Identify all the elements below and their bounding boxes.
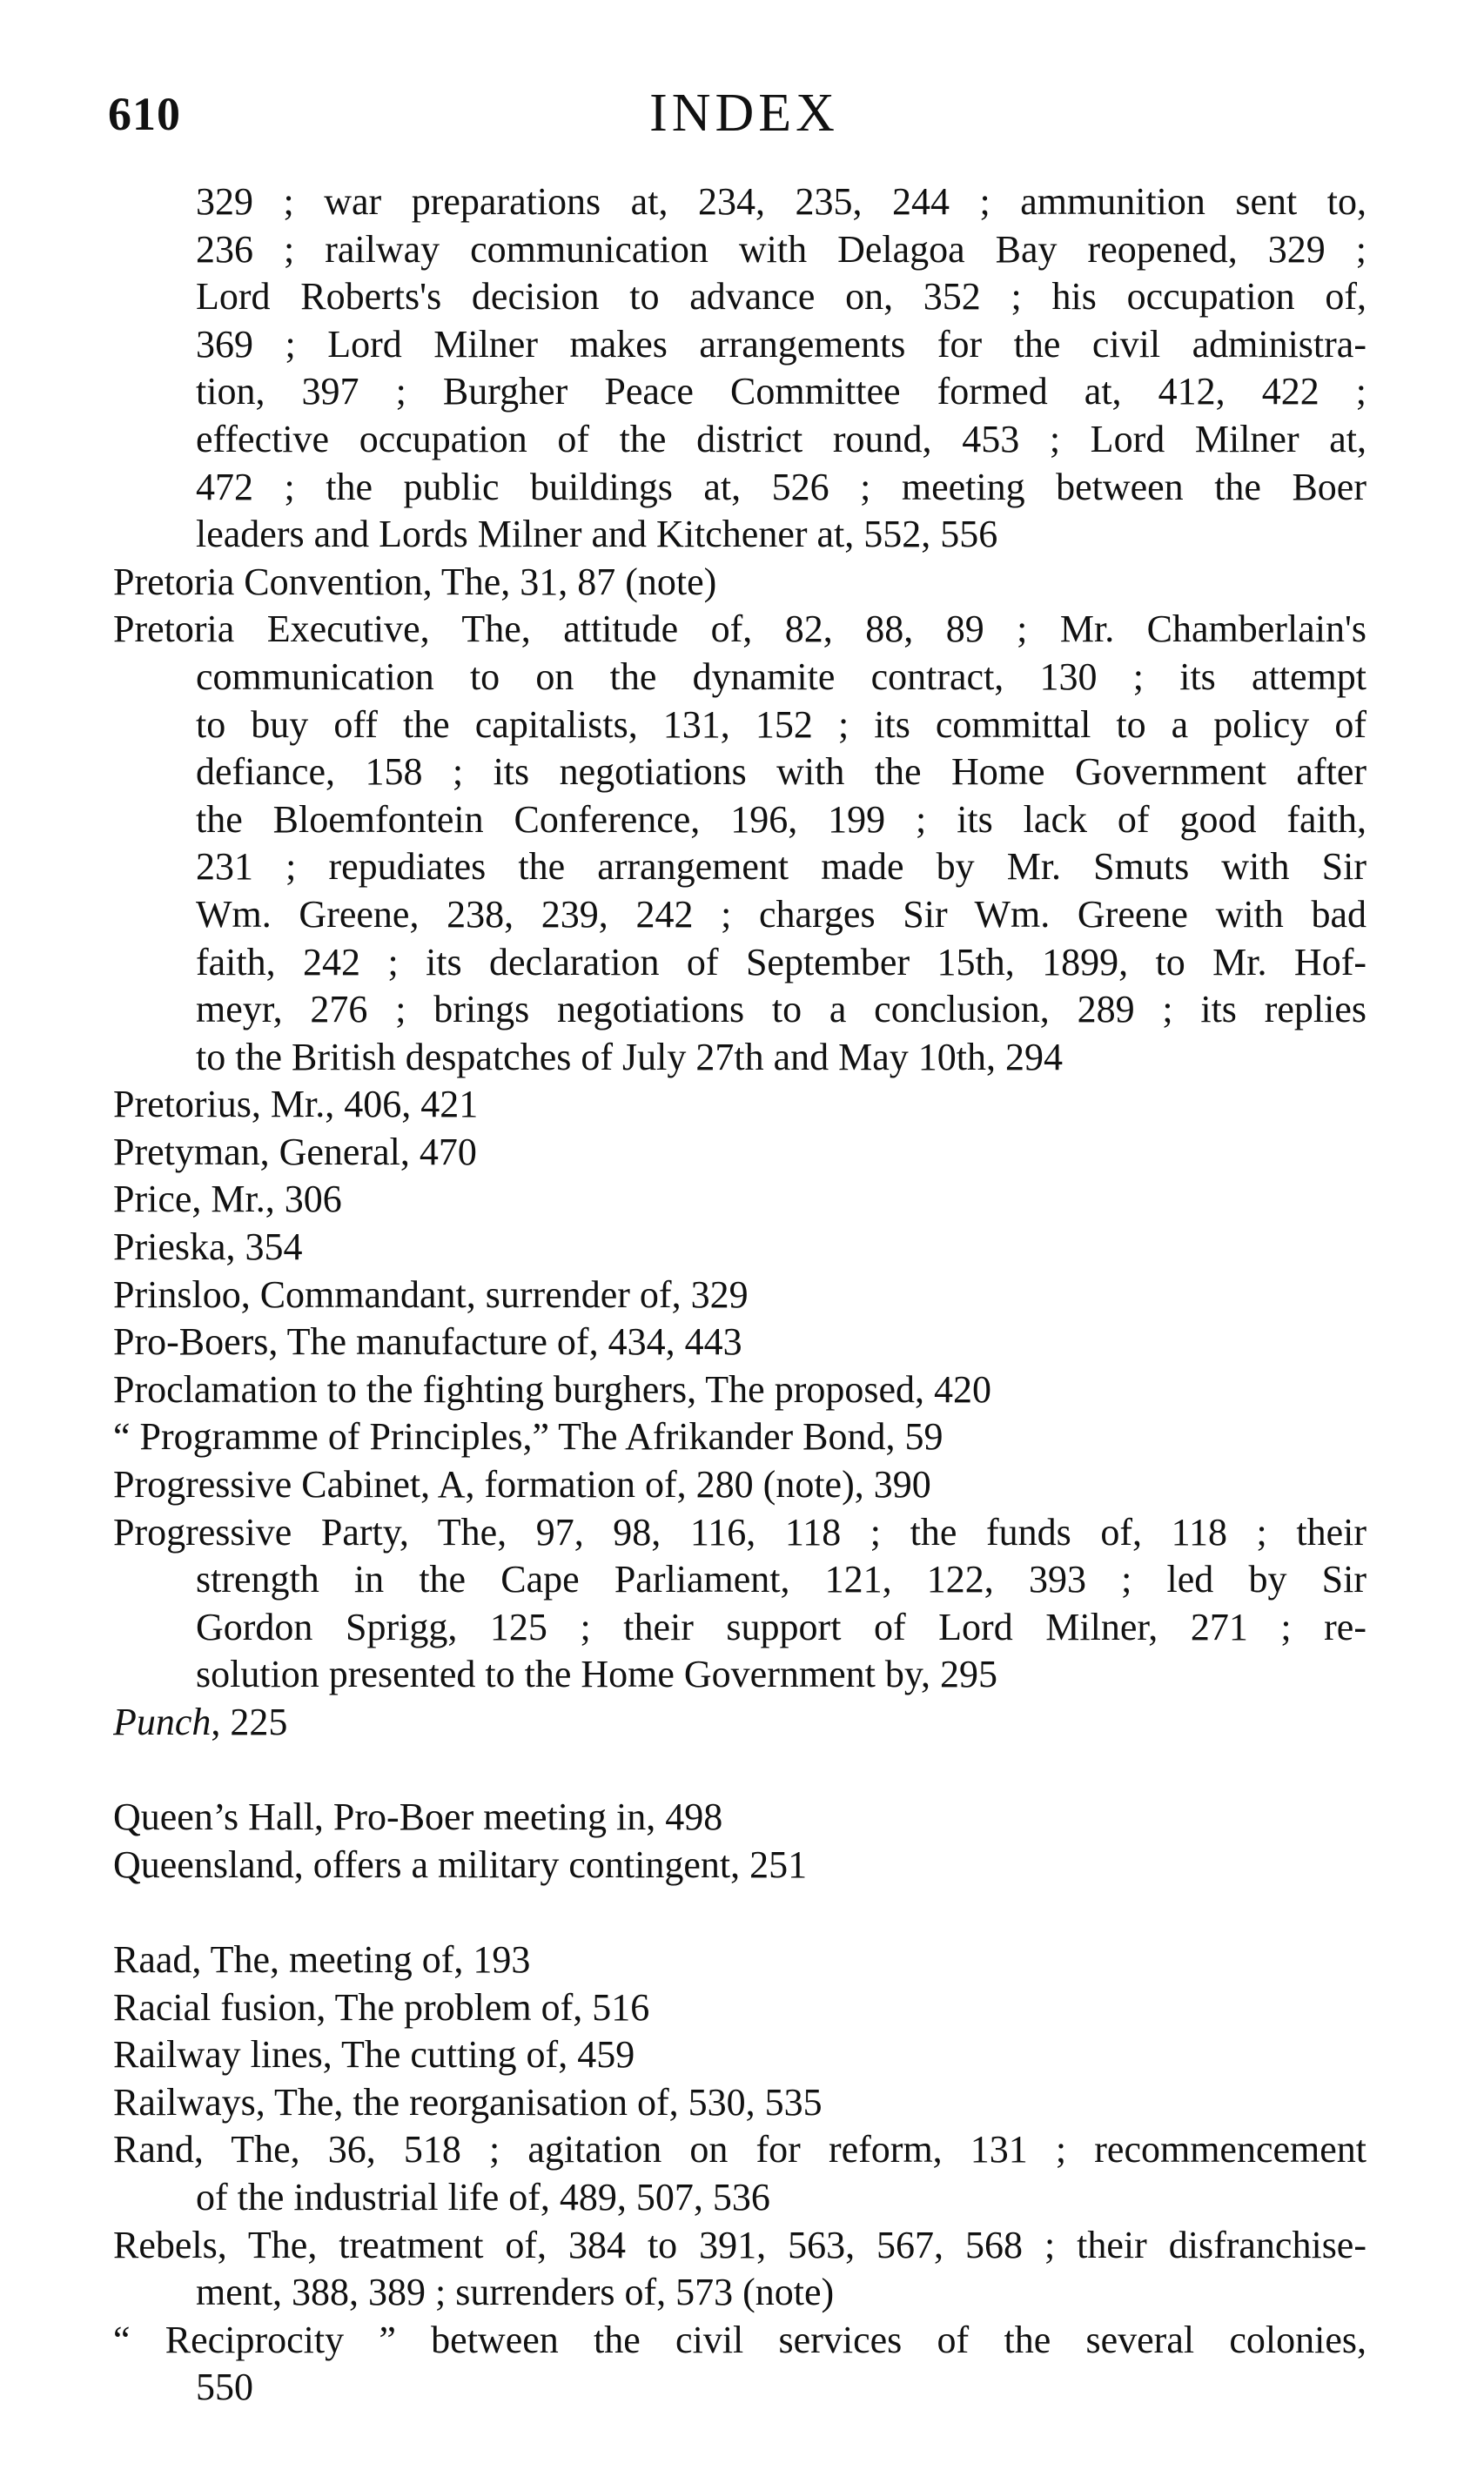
- entry-line: Progressive Party, The, 97, 98, 116, 118…: [113, 1509, 1366, 1557]
- index-entry-price: Price, Mr., 306: [113, 1176, 1366, 1224]
- index-entry-queensland: Queensland, offers a military contingent…: [113, 1842, 1366, 1889]
- entry-line: defiance, 158 ; its negotiations with th…: [113, 748, 1366, 796]
- letter-section-gap: [113, 1889, 1366, 1936]
- entry-line: faith, 242 ; its declaration of Septembe…: [113, 939, 1366, 987]
- index-entry-rand: Rand, The, 36, 518 ; agitation on for re…: [113, 2126, 1366, 2221]
- index-entry-progressive-party: Progressive Party, The, 97, 98, 116, 118…: [113, 1509, 1366, 1699]
- index-entry-progressive-cabinet: Progressive Cabinet, A, formation of, 28…: [113, 1461, 1366, 1509]
- index-entry-proclamation: Proclamation to the fighting burghers, T…: [113, 1366, 1366, 1414]
- entry-line: 369 ; Lord Milner makes arrangements for…: [113, 321, 1366, 369]
- entry-line: meyr, 276 ; brings negotiations to a con…: [113, 986, 1366, 1034]
- entry-line: Pretoria Convention, The, 31, 87 (note): [113, 559, 1366, 607]
- index-entry-pretyman: Pretyman, General, 470: [113, 1129, 1366, 1177]
- entry-pages: , 225: [211, 1701, 287, 1743]
- index-entry-pretoria-convention: Pretoria Convention, The, 31, 87 (note): [113, 559, 1366, 607]
- index-entry-prieska: Prieska, 354: [113, 1224, 1366, 1272]
- index-entry-raad: Raad, The, meeting of, 193: [113, 1936, 1366, 1984]
- entry-line: Pretoria Executive, The, attitude of, 82…: [113, 606, 1366, 654]
- entry-line: to the British despatches of July 27th a…: [113, 1034, 1366, 1082]
- entry-line: tion, 397 ; Burgher Peace Committee form…: [113, 368, 1366, 416]
- entry-line: solution presented to the Home Governmen…: [113, 1651, 1366, 1699]
- entry-line: 329 ; war preparations at, 234, 235, 244…: [113, 178, 1366, 226]
- index-entry-pretoria-executive: Pretoria Executive, The, attitude of, 82…: [113, 606, 1366, 1081]
- index-entry-rebels: Rebels, The, treatment of, 384 to 391, 5…: [113, 2222, 1366, 2317]
- entry-line: Rand, The, 36, 518 ; agitation on for re…: [113, 2126, 1366, 2174]
- entry-line: of the industrial life of, 489, 507, 536: [113, 2174, 1366, 2222]
- entry-line: to buy off the capitalists, 131, 152 ; i…: [113, 701, 1366, 749]
- index-entry-railway-lines: Railway lines, The cutting of, 459: [113, 2031, 1366, 2079]
- entry-line: ment, 388, 389 ; surrenders of, 573 (not…: [113, 2269, 1366, 2317]
- entry-line: leaders and Lords Milner and Kitchener a…: [113, 511, 1366, 559]
- entry-line: 231 ; repudiates the arrangement made by…: [113, 843, 1366, 891]
- entry-line: effective occupation of the district rou…: [113, 416, 1366, 464]
- entry-line: communication to on the dynamite contrac…: [113, 654, 1366, 701]
- index-entry-pro-boers: Pro-Boers, The manufacture of, 434, 443: [113, 1319, 1366, 1366]
- entry-line: Gordon Sprigg, 125 ; their support of Lo…: [113, 1604, 1366, 1652]
- index-entry-prinsloo: Prinsloo, Commandant, surrender of, 329: [113, 1272, 1366, 1319]
- index-entry-queens-hall: Queen’s Hall, Pro-Boer meeting in, 498: [113, 1794, 1366, 1842]
- letter-section-gap: [113, 1747, 1366, 1795]
- index-entry-railways: Railways, The, the reorganisation of, 53…: [113, 2079, 1366, 2127]
- entry-line: Lord Roberts's decision to advance on, 3…: [113, 273, 1366, 321]
- entry-line: Rebels, The, treatment of, 384 to 391, 5…: [113, 2222, 1366, 2270]
- entry-term-italic: Punch: [113, 1701, 211, 1743]
- index-entry-racial-fusion: Racial fusion, The problem of, 516: [113, 1984, 1366, 2032]
- index-entry-continued: 329 ; war preparations at, 234, 235, 244…: [113, 178, 1366, 559]
- index-entry-programme-of-principles: “ Programme of Principles,” The Afrikand…: [113, 1413, 1366, 1461]
- entry-line: 472 ; the public buildings at, 526 ; mee…: [113, 464, 1366, 512]
- entry-line: Wm. Greene, 238, 239, 242 ; charges Sir …: [113, 891, 1366, 939]
- index-body: 329 ; war preparations at, 234, 235, 244…: [113, 178, 1366, 2412]
- entry-line: the Bloemfontein Conference, 196, 199 ; …: [113, 796, 1366, 844]
- entry-line: 236 ; railway communication with Delagoa…: [113, 226, 1366, 274]
- entry-line: 550: [113, 2364, 1366, 2412]
- entry-line: strength in the Cape Parliament, 121, 12…: [113, 1556, 1366, 1604]
- index-entry-punch: Punch, 225: [113, 1699, 1366, 1747]
- index-entry-reciprocity: “ Reciprocity ” between the civil servic…: [113, 2317, 1366, 2412]
- index-entry-pretorius: Pretorius, Mr., 406, 421: [113, 1081, 1366, 1129]
- running-head: INDEX: [0, 82, 1484, 144]
- entry-line: “ Reciprocity ” between the civil servic…: [113, 2317, 1366, 2365]
